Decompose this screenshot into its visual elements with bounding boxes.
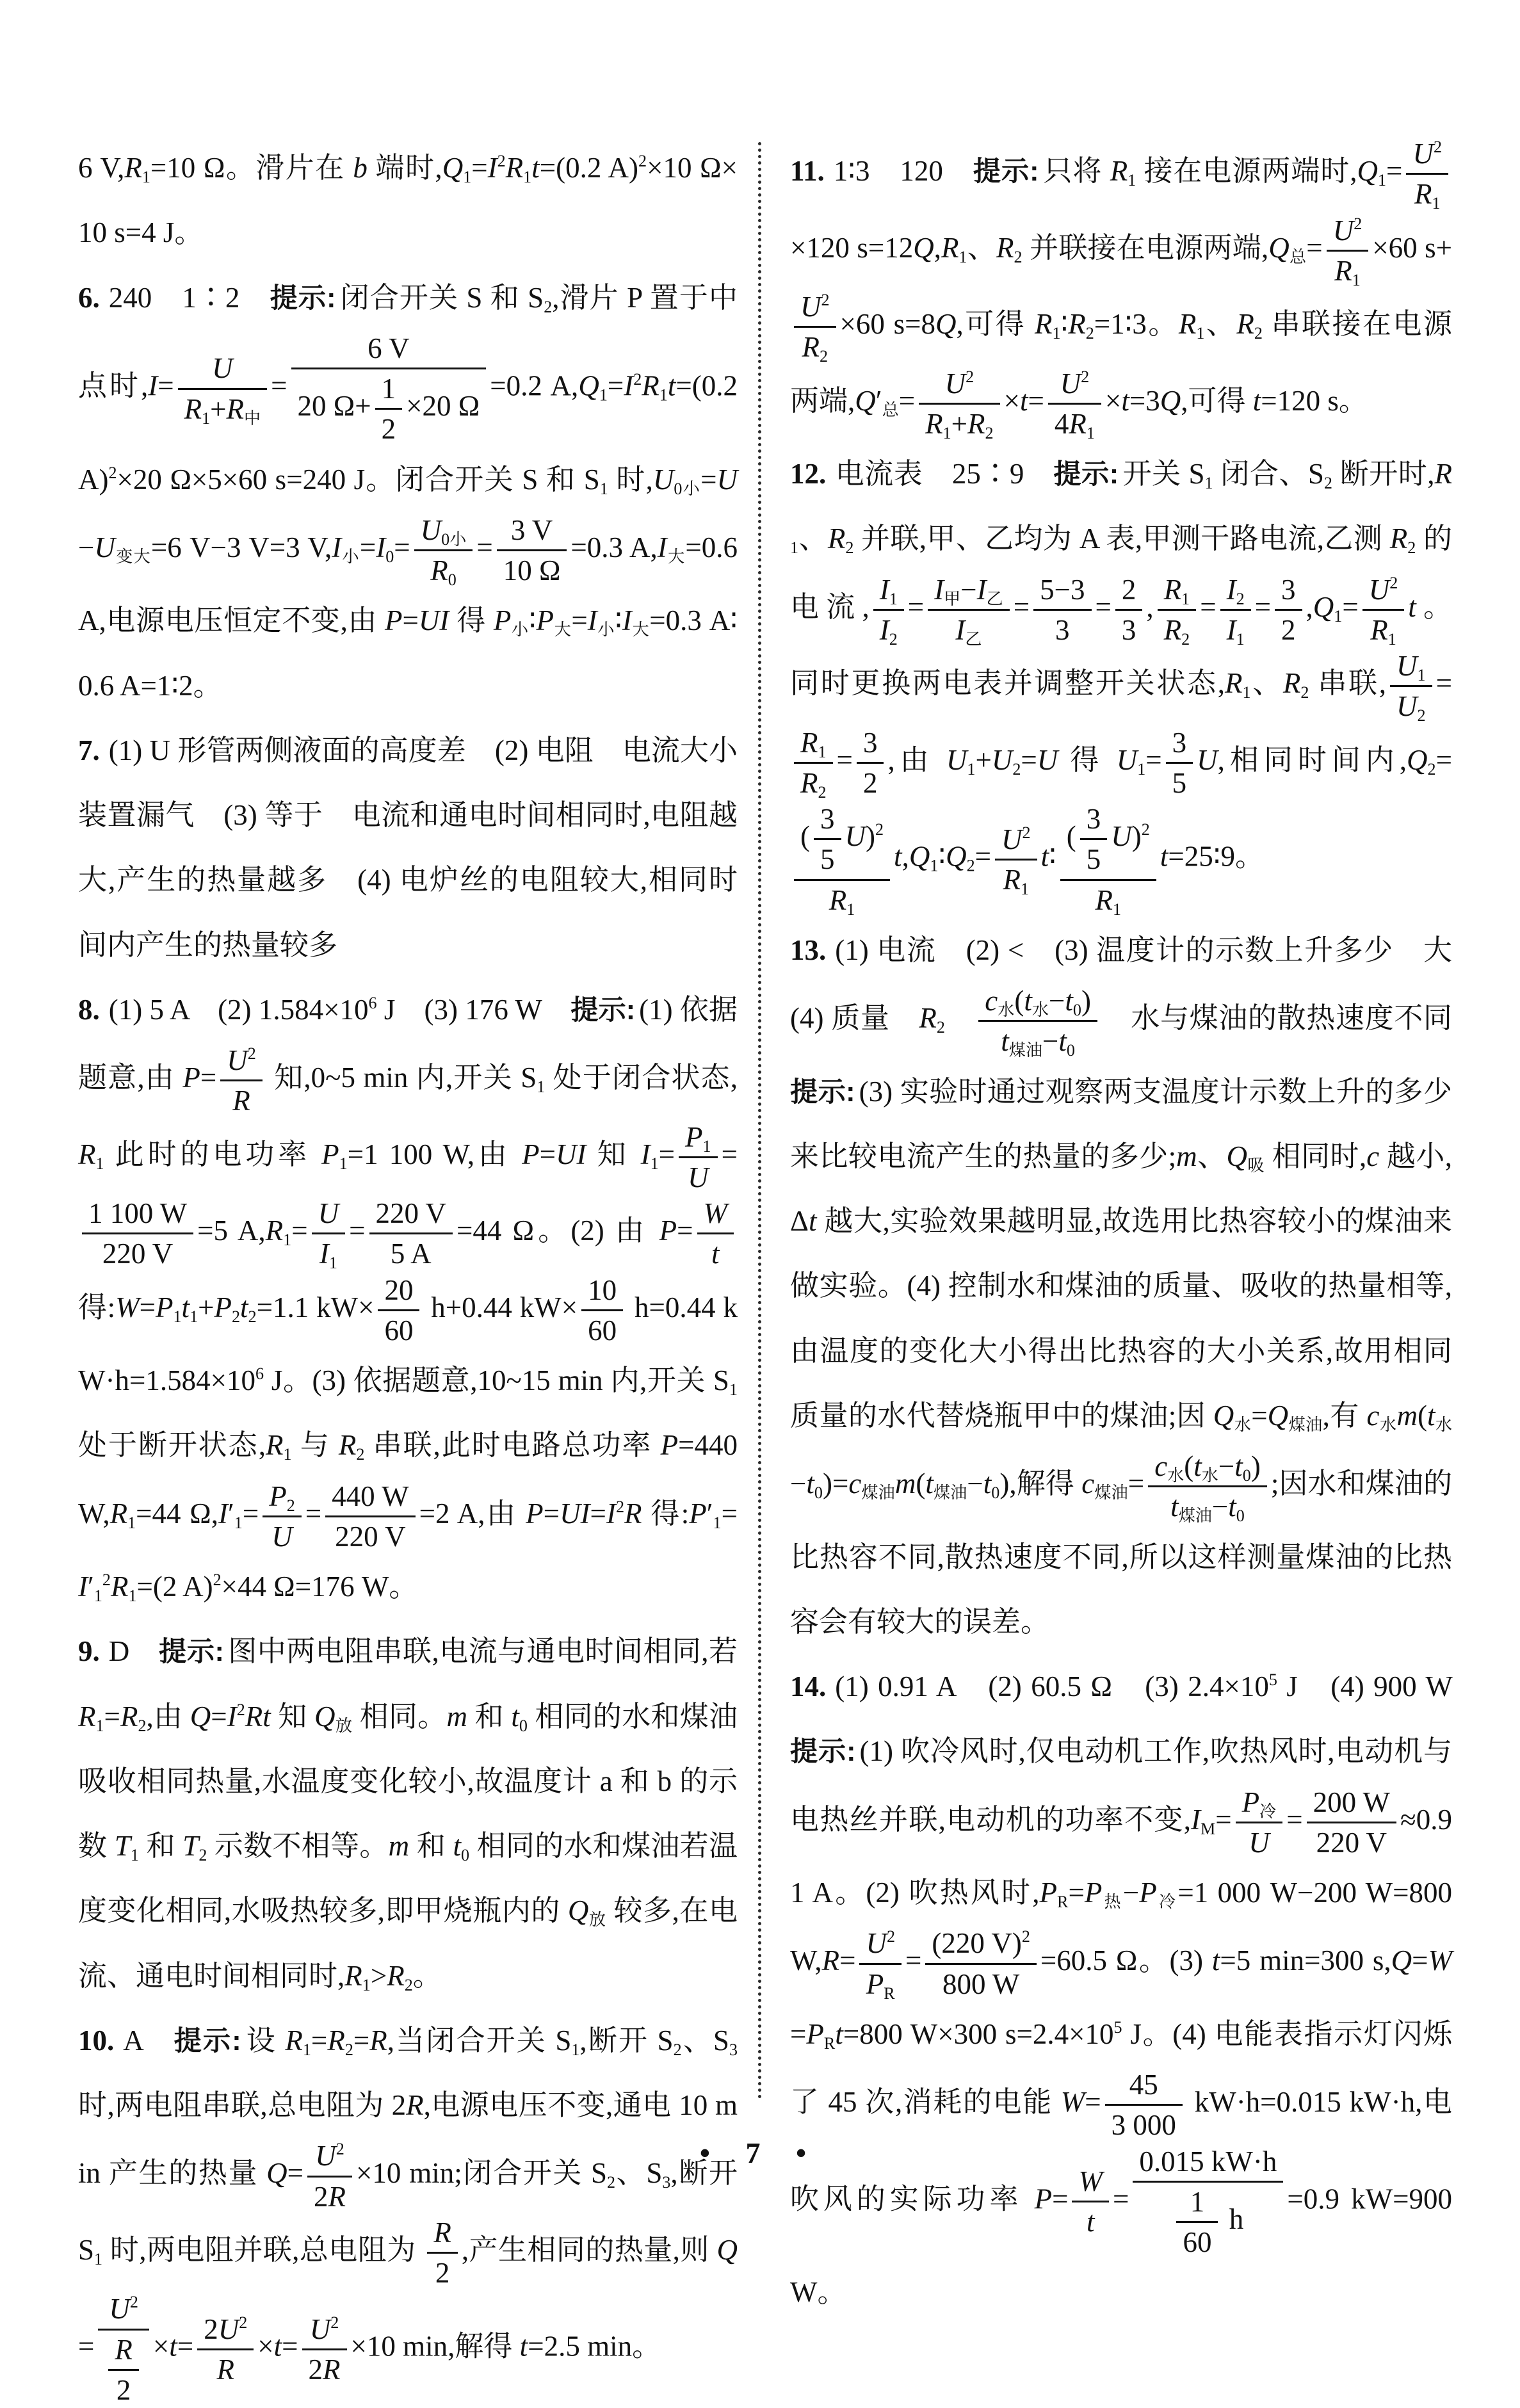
fraction: R1R2 xyxy=(1158,572,1197,649)
fraction: 35 xyxy=(1166,725,1193,802)
fraction: U2R2 xyxy=(794,289,836,366)
fraction: 35 xyxy=(814,801,841,878)
fraction: U2R1 xyxy=(995,821,1037,898)
fraction: 32 xyxy=(1275,572,1302,649)
fraction: Wt xyxy=(697,1195,734,1272)
fraction: 23 xyxy=(1115,572,1143,649)
fraction: R1R2 xyxy=(794,725,833,802)
fraction: 200 W220 V xyxy=(1307,1784,1396,1861)
fraction: 2U2R xyxy=(197,2311,254,2388)
fraction: U2R1 xyxy=(1327,213,1369,289)
fraction: 160 xyxy=(1176,2184,1218,2261)
fraction: 1 100 W220 V xyxy=(82,1195,193,1272)
fraction: I2I1 xyxy=(1220,572,1251,649)
answer-page: 6 V,R1=10 Ω。滑片在 b 端时,Q1=I2R1t=(0.2 A)2×1… xyxy=(0,0,1520,2253)
fraction: R2 xyxy=(427,2215,458,2291)
fraction: R2 xyxy=(108,2332,139,2408)
page-number: • 7 • xyxy=(0,2136,1520,2170)
answer-8: 8.(1) 5 A (2) 1.584×106 J (3) 176 W 提示:(… xyxy=(78,978,738,1620)
fraction: U22R xyxy=(302,2311,347,2388)
fraction: P1U xyxy=(679,1119,718,1196)
fraction: UR1+R中 xyxy=(178,350,268,427)
fraction: U2R xyxy=(220,1042,263,1119)
fraction: UI1 xyxy=(312,1195,346,1272)
column-divider-line xyxy=(758,142,761,2100)
fraction: P2U xyxy=(263,1478,302,1555)
fraction: U1U2 xyxy=(1390,648,1432,725)
fraction: U2R1+R2 xyxy=(919,366,999,442)
answer-7: 7.(1) U 形管两侧液面的高度差 (2) 电阻 电流大小 装置漏气 (3) … xyxy=(78,718,738,978)
fraction: (35U)2R1 xyxy=(794,801,890,918)
fraction: 1060 xyxy=(581,1272,623,1349)
fraction: (35U)2R1 xyxy=(1060,801,1156,918)
fraction: U0小R0 xyxy=(414,512,473,589)
answer-9: 9.D 提示:图中两电阻串联,电流与通电时间相同,若 R1=R2,由 Q=I2R… xyxy=(78,1619,738,2008)
answer-10: 10.A 提示:设 R1=R2=R,当闭合开关 S1,断开 S2、S3 时,两电… xyxy=(78,2008,738,2408)
fraction: 440 W220 V xyxy=(325,1478,415,1555)
fraction: c水(t水−t0)t煤油−t0 xyxy=(1148,1448,1267,1525)
answer-5-continued: 6 V,R1=10 Ω。滑片在 b 端时,Q1=I2R1t=(0.2 A)2×1… xyxy=(78,136,738,266)
fraction: P冷U xyxy=(1236,1784,1283,1861)
fraction: U2R2 xyxy=(98,2291,149,2408)
answer-6: 6.240 1∶2 提示:闭合开关 S 和 S2,滑片 P 置于中点时,I=UR… xyxy=(78,266,738,718)
answer-13: 13.(1) 电流 (2) < (3) 温度计的示数上升多少 大 (4) 质量 … xyxy=(790,918,1452,1654)
fraction: 6 V20 Ω+12×20 Ω xyxy=(291,330,487,448)
fraction: U24R1 xyxy=(1048,366,1101,442)
fraction: I1I2 xyxy=(873,572,904,649)
fraction: c水(t水−t0)t煤油−t0 xyxy=(978,983,1097,1060)
answer-14: 14.(1) 0.91 A (2) 60.5 Ω (3) 2.4×105 J (… xyxy=(790,1654,1452,2325)
fraction: 5−33 xyxy=(1033,572,1091,649)
fraction: 35 xyxy=(1080,801,1108,878)
fraction: 220 V5 A xyxy=(369,1195,453,1272)
left-column: 6 V,R1=10 Ω。滑片在 b 端时,Q1=I2R1t=(0.2 A)2×1… xyxy=(78,136,738,2408)
answer-11: 11.1∶3 120 提示:只将 R1 接在电源两端时,Q1=U2R1×120 … xyxy=(790,136,1452,442)
answer-12: 12.电流表 25∶9 提示:开关 S1 闭合、S2 断开时,R1、R2 并联,… xyxy=(790,442,1452,918)
fraction: (220 V)2800 W xyxy=(925,1925,1036,2002)
fraction: I甲−I乙I乙 xyxy=(928,572,1010,649)
fraction: U2R1 xyxy=(1362,572,1405,649)
fraction: Wt xyxy=(1072,2163,1109,2240)
fraction: 32 xyxy=(857,725,884,802)
fraction: U2R1 xyxy=(1406,136,1448,213)
right-column: 11.1∶3 120 提示:只将 R1 接在电源两端时,Q1=U2R1×120 … xyxy=(790,136,1452,2325)
fraction: 453 000 xyxy=(1105,2067,1183,2144)
fraction: U2PR xyxy=(859,1925,901,2002)
fraction: 2060 xyxy=(378,1272,419,1349)
fraction: 12 xyxy=(375,371,403,448)
fraction: 3 V10 Ω xyxy=(497,512,567,589)
